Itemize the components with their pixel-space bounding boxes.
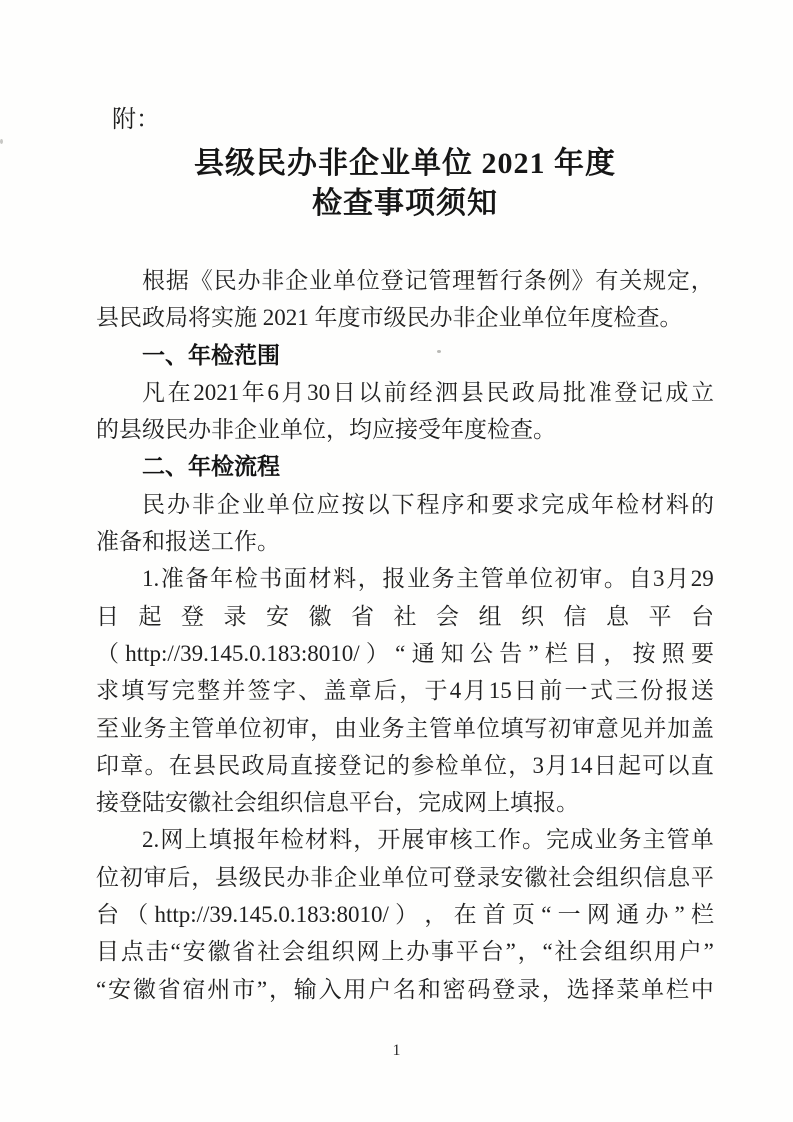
title-line-1: 县级民办非企业单位 2021 年度 [96,144,714,184]
text-line: 凡在2021年6月30日以前经泗县民政局批准登记成立 [96,374,714,411]
text-line: 位初审后，县级民办非企业单位可登录安徽社会组织信息平 [96,859,714,896]
text-line: 的县级民办非企业单位，均应接受年度检查。 [96,411,714,448]
text-line: 根据《民办非企业单位登记管理暂行条例》有关规定， [96,262,714,299]
text-line: 1.准备年检书面材料，报业务主管单位初审。自3月29 [96,560,714,597]
text-line: “安徽省宿州市”，输入用户名和密码登录，选择菜单栏中 [96,971,714,1008]
text-line: 日起登录安徽省社会组织信息平台 [96,598,714,635]
text-line: 台（http://39.145.0.183:8010/），在首页“一网通办”栏 [96,896,714,933]
scanned-document-page: 附： 县级民办非企业单位 2021 年度 检查事项须知 根据《民办非企业单位登记… [0,0,793,1122]
text-line: 准备和报送工作。 [96,523,714,560]
text-line: （http://39.145.0.183:8010/）“通知公告”栏目，按照要 [96,635,714,672]
section-heading: 二、年检流程 [96,448,714,485]
text-line: 至业务主管单位初审，由业务主管单位填写初审意见并加盖 [96,710,714,747]
attachment-label: 附： [112,107,160,133]
text-line: 接登陆安徽社会组织信息平台，完成网上填报。 [96,784,714,821]
page-number: 1 [0,1042,793,1060]
title-line-2: 检查事项须知 [96,184,714,224]
document-body: 根据《民办非企业单位登记管理暂行条例》有关规定，县民政局将实施 2021 年度市… [96,262,714,1008]
text-line: 民办非企业单位应按以下程序和要求完成年检材料的 [96,486,714,523]
scan-speck [0,139,3,144]
text-line: 目点击“安徽省社会组织网上办事平台”，“社会组织用户” [96,933,714,970]
text-line: 县民政局将实施 2021 年度市级民办非企业单位年度检查。 [96,299,714,336]
text-line: 2.网上填报年检材料，开展审核工作。完成业务主管单 [96,821,714,858]
text-line: 求填写完整并签字、盖章后，于4月15日前一式三份报送 [96,672,714,709]
document-title: 县级民办非企业单位 2021 年度 检查事项须知 [96,144,714,224]
section-heading: 一、年检范围 [96,337,714,374]
text-line: 印章。在县民政局直接登记的参检单位，3月14日起可以直 [96,747,714,784]
scan-speck [437,350,441,353]
